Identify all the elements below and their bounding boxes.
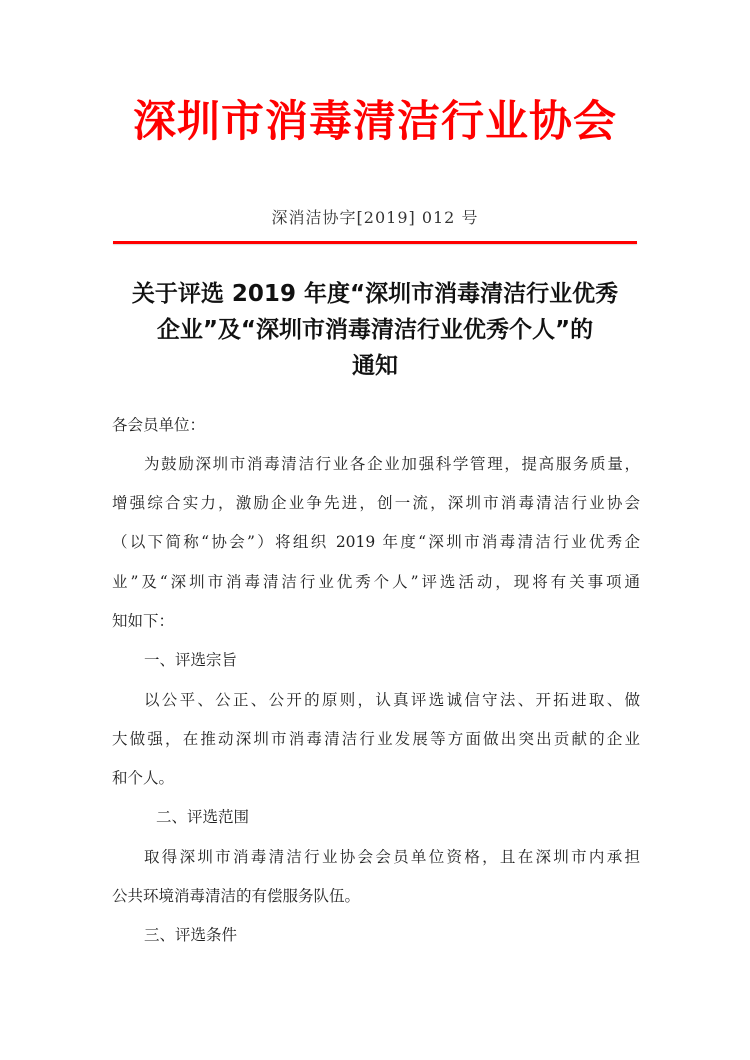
- salutation: 各会员单位：: [112, 413, 205, 437]
- intro-paragraph-line: 增强综合实力，激励企业争先进，创一流，深圳市消毒清洁行业协会: [112, 491, 640, 515]
- intro-paragraph-line: 知如下：: [112, 609, 174, 633]
- organization-title: 深圳市消毒清洁行业协会: [0, 92, 750, 152]
- section-purpose-line: 以公平、公正、公开的原则，认真评选诚信守法、开拓进取、做: [112, 688, 640, 712]
- intro-paragraph-line: 业”及“深圳市消毒清洁行业优秀个人”评选活动，现将有关事项通: [112, 570, 640, 594]
- section-purpose-line: 和个人。: [112, 766, 174, 790]
- section-scope-line: 公共环境消毒清洁的有偿服务队伍。: [112, 884, 360, 908]
- section-heading-scope: 二、评选范围: [156, 805, 249, 829]
- section-scope-line: 取得深圳市消毒清洁行业协会会员单位资格，且在深圳市内承担: [112, 845, 640, 869]
- section-heading-criteria: 三、评选条件: [144, 923, 237, 947]
- notice-title-line: 关于评选 2019 年度“深圳市消毒清洁行业优秀: [100, 276, 650, 312]
- intro-paragraph-line: （以下简称“协会”）将组织 2019 年度“深圳市消毒清洁行业优秀企: [112, 530, 640, 554]
- document-page: 深圳市消毒清洁行业协会 深消洁协字[2019] 012 号 关于评选 2019 …: [0, 0, 750, 1060]
- notice-title: 关于评选 2019 年度“深圳市消毒清洁行业优秀 企业”及“深圳市消毒清洁行业优…: [100, 276, 650, 384]
- notice-title-line: 通知: [100, 348, 650, 384]
- document-number: 深消洁协字[2019] 012 号: [0, 206, 750, 230]
- notice-title-line: 企业”及“深圳市消毒清洁行业优秀个人”的: [100, 312, 650, 348]
- red-divider-line: [113, 241, 637, 244]
- section-heading-purpose: 一、评选宗旨: [144, 648, 237, 672]
- intro-paragraph-line: 为鼓励深圳市消毒清洁行业各企业加强科学管理，提高服务质量，: [112, 452, 640, 476]
- section-purpose-line: 大做强，在推动深圳市消毒清洁行业发展等方面做出突出贡献的企业: [112, 727, 640, 751]
